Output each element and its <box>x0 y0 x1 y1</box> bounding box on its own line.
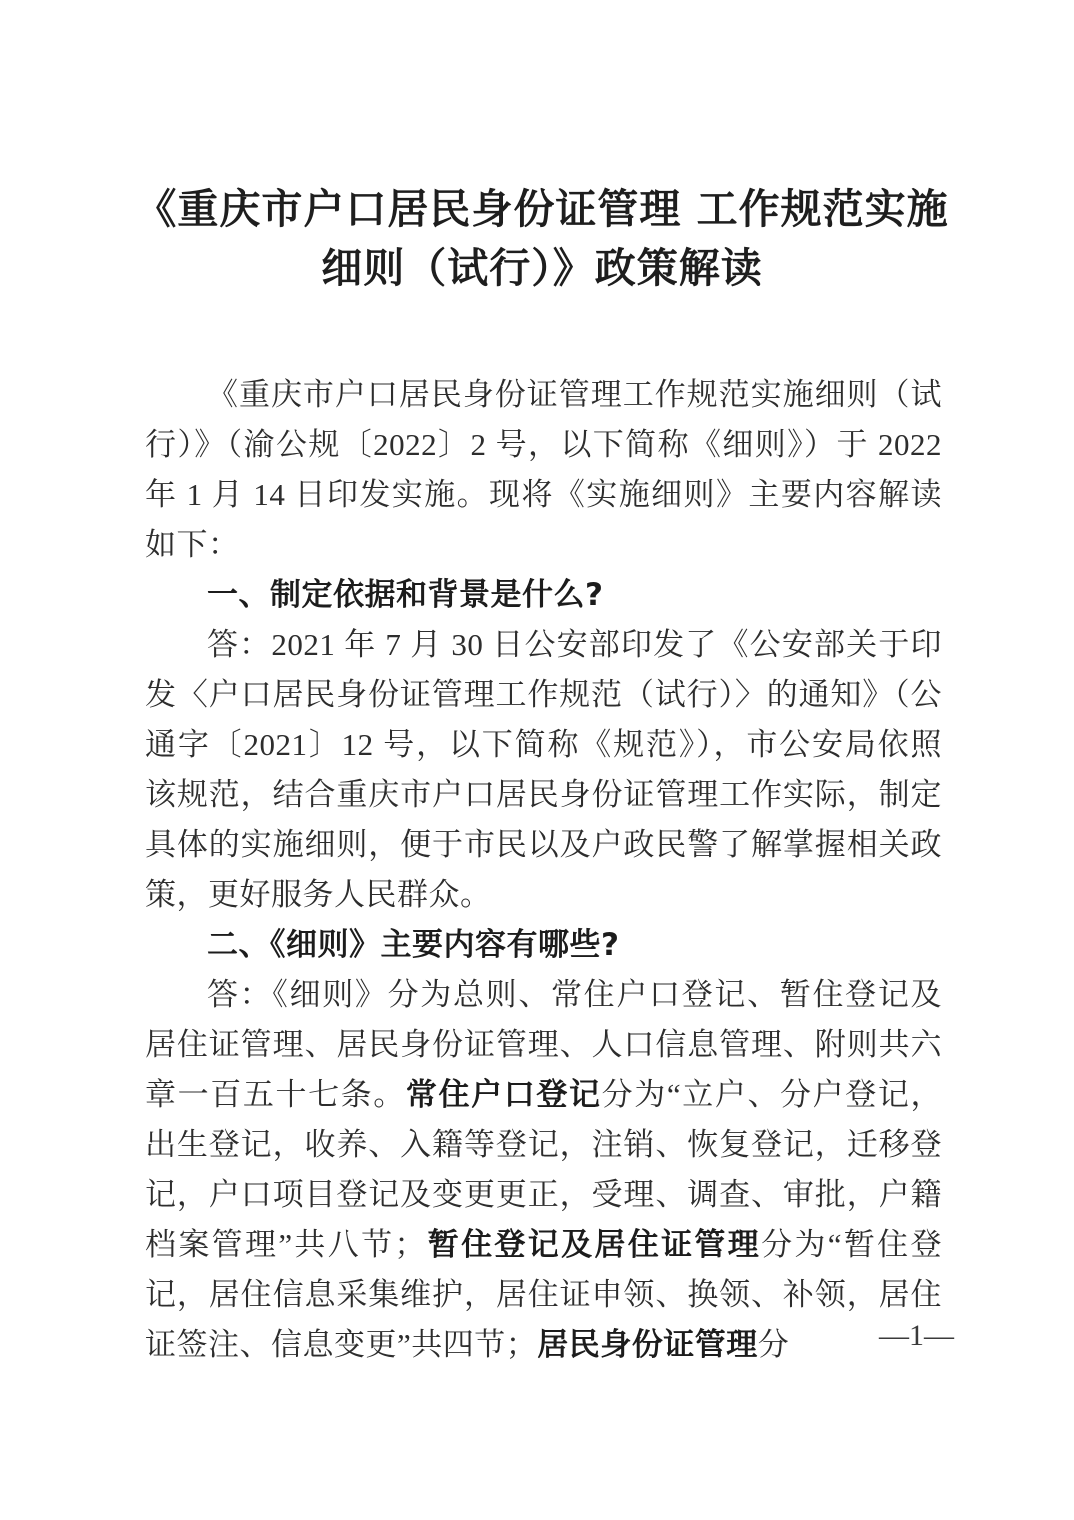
section-1-heading: 一、制定依据和背景是什么? <box>145 570 942 620</box>
title-line-1: 《重庆市户口居民身份证管理 工作规范实施 <box>120 180 964 239</box>
section-1-answer: 答：2021 年 7 月 30 日公安部印发了《公安部关于印发〈户口居民身份证管… <box>145 620 942 920</box>
document-body: 《重庆市户口居民身份证管理工作规范实施细则（试行）》（渝公规〔2022〕2 号，… <box>145 370 942 1370</box>
title-line-2: 细则（试行）》政策解读 <box>120 239 964 298</box>
term-temporary-registration-and-residence-permit: 暂住登记及居住证管理 <box>426 1227 761 1263</box>
intro-paragraph: 《重庆市户口居民身份证管理工作规范实施细则（试行）》（渝公规〔2022〕2 号，… <box>145 370 942 570</box>
section-2-heading: 二、《细则》主要内容有哪些? <box>145 920 942 970</box>
document-page: 《重庆市户口居民身份证管理 工作规范实施细则（试行）》政策解读 《重庆市户口居民… <box>0 0 1074 1520</box>
document-title: 《重庆市户口居民身份证管理 工作规范实施细则（试行）》政策解读 <box>120 0 964 298</box>
page-number: —1— <box>879 1318 954 1354</box>
term-permanent-household-registration: 常住户口登记 <box>406 1077 602 1113</box>
term-resident-id-card-management: 居民身份证管理 <box>537 1327 758 1363</box>
section-2-answer: 答：《细则》分为总则、常住户口登记、暂住登记及居住证管理、居民身份证管理、人口信… <box>145 970 942 1370</box>
section-2-answer-run-4: 分 <box>758 1327 790 1362</box>
